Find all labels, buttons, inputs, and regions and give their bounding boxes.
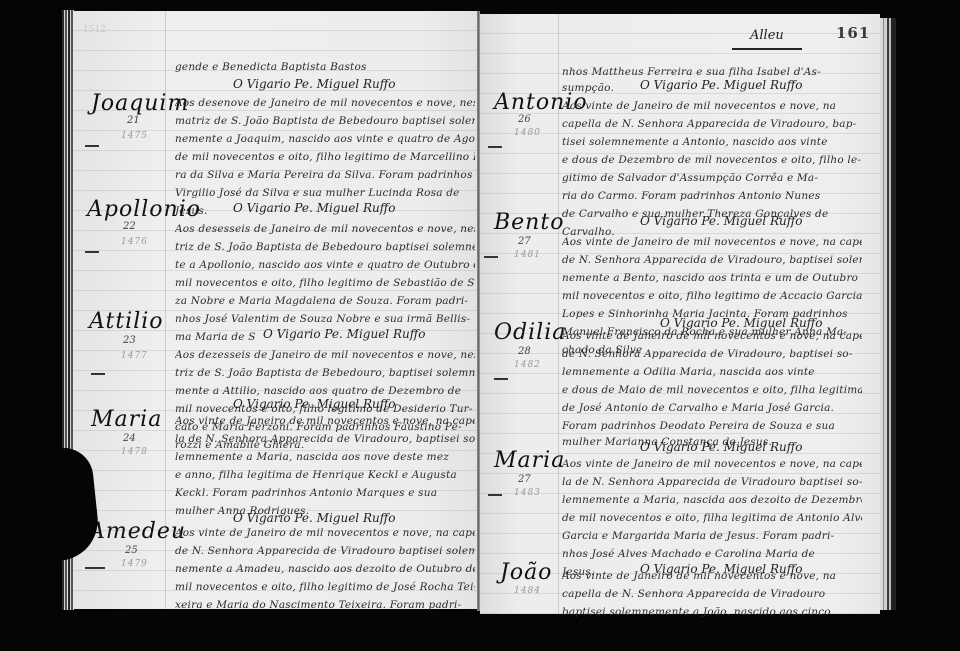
- entry-number: 1483: [514, 488, 541, 498]
- entry-name: Maria: [494, 448, 565, 473]
- margin-dash: [488, 146, 502, 148]
- left-page: 1512 gende e Benedicta Baptista Bastos O…: [73, 11, 478, 609]
- entry-number: 1479: [121, 559, 148, 569]
- margin-dash: [85, 145, 99, 147]
- margin-dash: [85, 251, 99, 253]
- header-underline: [732, 48, 802, 50]
- entry-day: 28: [518, 346, 531, 357]
- signature: O Vigario Pe. Miguel Ruffo: [640, 214, 802, 228]
- signature: O Vigario Pe. Miguel Ruffo: [233, 77, 395, 91]
- entry-number: 1476: [121, 237, 148, 247]
- entry-number: 1478: [121, 447, 148, 457]
- entry-name: Odilia: [494, 320, 566, 345]
- right-page-edges: [880, 18, 896, 610]
- entry-day: 24: [123, 433, 136, 444]
- margin-dash: [484, 256, 498, 258]
- entry-day: 27: [518, 236, 531, 247]
- signature: O Vigario Pe. Miguel Ruffo: [233, 397, 395, 411]
- margin-dash: [494, 378, 508, 380]
- entry-number: 1484: [514, 586, 541, 596]
- entry-name: João: [500, 560, 552, 585]
- right-page: Alleu 161 nhos Mattheus Ferreira e sua f…: [480, 14, 880, 614]
- signature: O Vigario Pe. Miguel Ruffo: [233, 511, 395, 525]
- faint-page-mark: 1512: [83, 25, 106, 35]
- page-number: 161: [836, 24, 870, 42]
- entry-day: 22: [123, 221, 136, 232]
- entry-day: 23: [123, 335, 136, 346]
- entry-number: 1477: [121, 351, 148, 361]
- margin-dash: [91, 373, 105, 375]
- entry-name: Attilio: [89, 309, 164, 334]
- entry-day: 26: [518, 114, 531, 125]
- margin-dash: [85, 567, 105, 569]
- entry-day: 27: [518, 474, 531, 485]
- margin-dash: [488, 494, 502, 496]
- signature: O Vigario Pe. Miguel Ruffo: [640, 78, 802, 92]
- open-register-book: 1512 gende e Benedicta Baptista Bastos O…: [0, 0, 960, 651]
- signature: O Vigario Pe. Miguel Ruffo: [233, 201, 395, 215]
- entry-number: 1475: [121, 131, 148, 141]
- entry-name: Bento: [494, 210, 564, 235]
- entry-number: 1480: [514, 128, 541, 138]
- entry-day: 25: [125, 545, 138, 556]
- entry-day: 21: [127, 115, 140, 126]
- continuation-line: nhos Mattheus Ferreira e sua filha Isabe…: [562, 66, 862, 78]
- entry-name: Apollonio: [87, 197, 201, 222]
- signature: O Vigario Pe. Miguel Ruffo: [640, 440, 802, 454]
- entry-name: Amedeu: [89, 519, 186, 544]
- signature: O Vigario Pe. Miguel Ruffo: [263, 327, 425, 341]
- header-note: Alleu: [750, 28, 784, 43]
- entry-number: 1482: [514, 360, 541, 370]
- entry-number: 1481: [514, 250, 541, 260]
- signature: O Vigario Pe. Miguel Ruffo: [660, 316, 822, 330]
- entry-name: Maria: [91, 407, 162, 432]
- continuation-line: gende e Benedicta Baptista Bastos: [175, 61, 367, 73]
